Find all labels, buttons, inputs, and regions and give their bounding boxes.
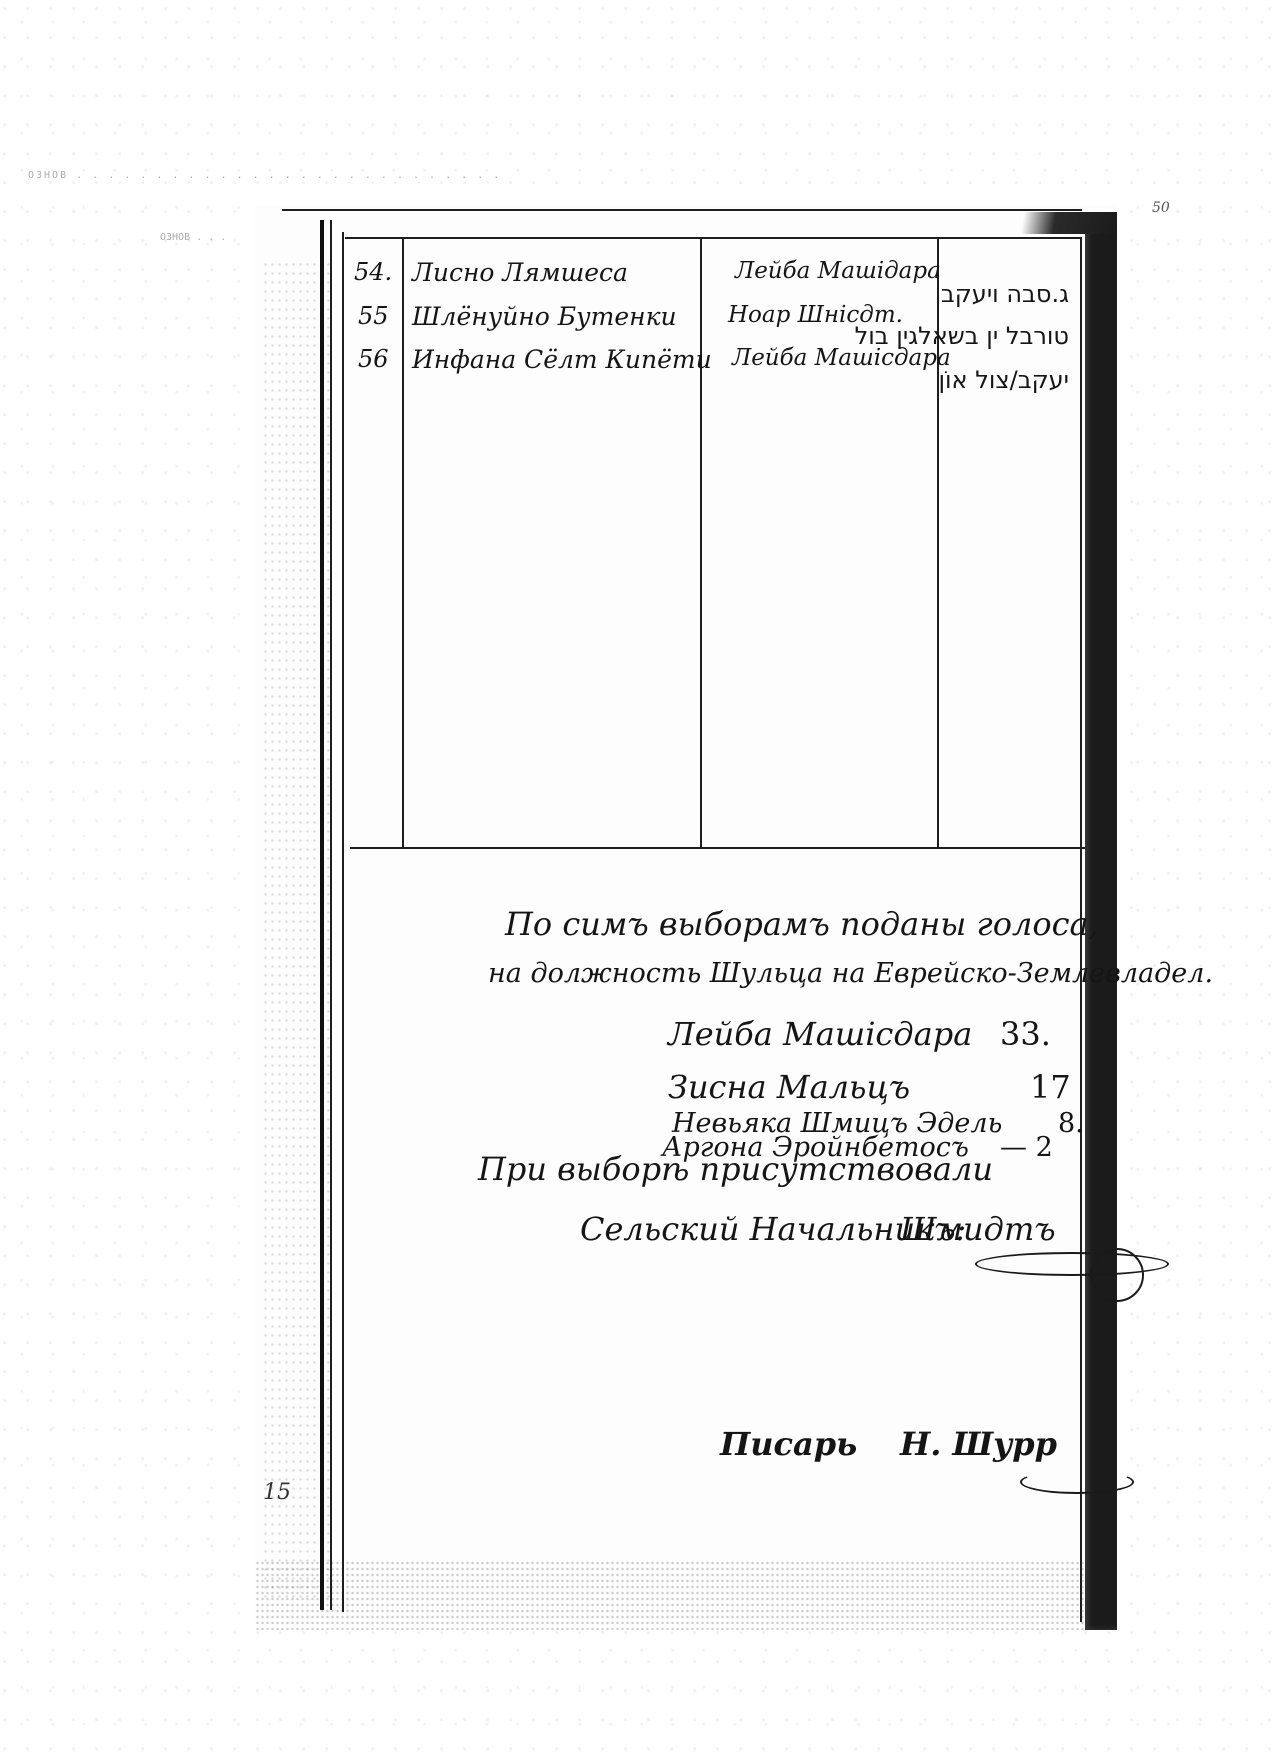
vote-count: 8. — [1058, 1108, 1084, 1139]
hebrew-note-line: טורבל ין בשאלגין בול — [855, 322, 1069, 350]
margin-rule-inner — [342, 232, 344, 1612]
column-divider-number — [402, 237, 404, 849]
page-number: 50 — [1152, 200, 1170, 216]
summary-intro-line-2: на должность Шульца на Еврейско-Землевла… — [488, 958, 1213, 989]
summary-intro-line-1: По симъ выборамъ поданы голоса, — [505, 905, 1099, 943]
binding-corner — [960, 212, 1117, 234]
hebrew-note-line: ג.סבה ויעקב — [941, 280, 1069, 308]
faint-header-bleedthrough: ОЗНОВ . . . . . . . . . . . . . . . . . … — [28, 170, 1128, 184]
table-header-rule — [345, 237, 1080, 239]
vote-count: 17 — [1030, 1068, 1071, 1106]
row-elector: Лейба Машідара — [735, 258, 941, 284]
presence-line: При выборѣ присутствовали — [478, 1150, 993, 1188]
clerk-flourish — [1020, 1470, 1134, 1494]
clerk-signature: Н. Шурр — [900, 1425, 1057, 1463]
row-number: 56 — [358, 345, 389, 373]
bottom-edge-noise — [255, 1560, 1115, 1630]
candidate-name: Зисна Мальцъ — [668, 1068, 910, 1106]
row-number: 55 — [358, 302, 389, 330]
candidate-name: Лейба Машісдара — [668, 1015, 972, 1053]
row-name: Лисно Лямшеса — [412, 258, 628, 287]
table-bottom-rule — [350, 847, 1085, 849]
official-signature: Шмидтъ — [900, 1210, 1056, 1248]
row-name: Шлёнуйно Бутенки — [412, 302, 677, 331]
row-name: Инфана Сёлт Кипёти — [412, 345, 712, 374]
margin-mark: 15 — [263, 1480, 291, 1505]
top-border-rule — [282, 209, 1082, 211]
vote-count: 33. — [1000, 1015, 1051, 1053]
row-number: 54. — [354, 258, 392, 286]
margin-rule-outer — [320, 220, 324, 1610]
column-divider-name — [700, 237, 702, 849]
vote-count: — 2 — [1000, 1132, 1053, 1163]
signature-loop — [1090, 1248, 1144, 1302]
clerk-label: Писарь — [720, 1425, 857, 1463]
hebrew-note-line: יעקב/צול אוֹן — [938, 366, 1069, 394]
faint-margin-bleedthrough: ОЗНОВ . . . — [160, 232, 226, 243]
margin-rule-middle — [330, 220, 332, 1610]
